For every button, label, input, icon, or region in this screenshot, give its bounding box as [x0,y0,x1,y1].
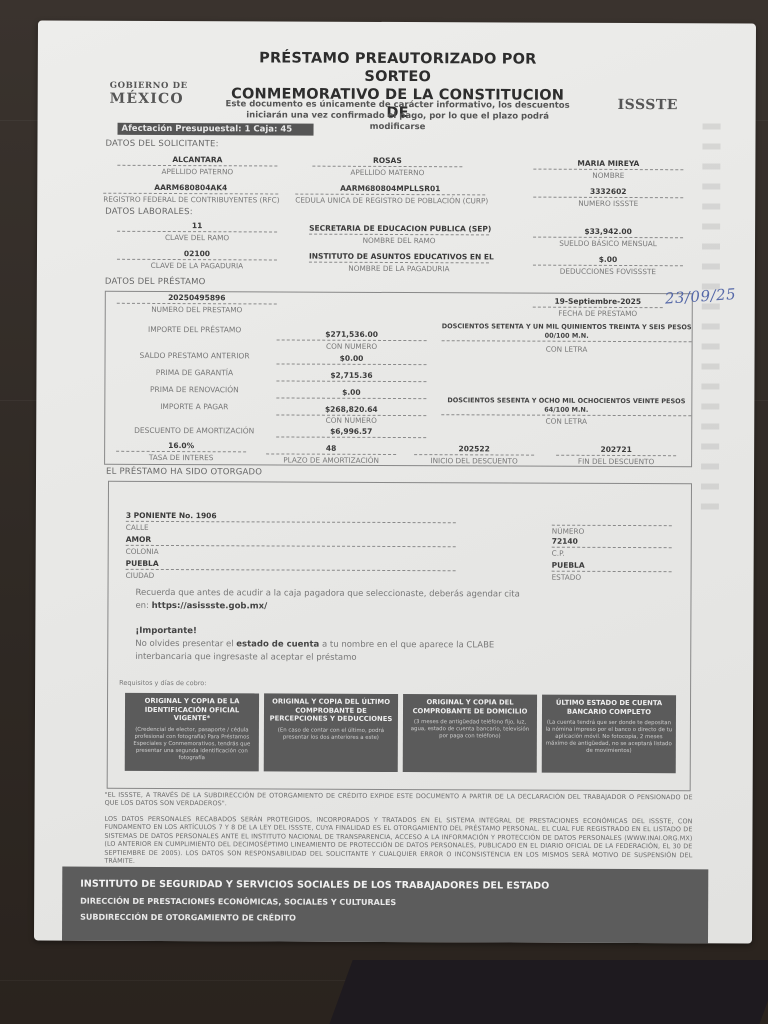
field-numero-prestamo: 20250495896 NUMERO DEL PRESTAMO [117,293,277,315]
field-nombre-ramo: SECRETARIA DE EDUCACION PUBLICA (SEP) NO… [309,224,489,246]
field-clave-pagaduria: 02100 CLAVE DE LA PAGADURIA [117,249,277,271]
label-amortizacion: DESCUENTO DE AMORTIZACIÓN [124,426,264,436]
section-otorgado: EL PRÉSTAMO HA SIDO OTORGADO [106,467,262,478]
label-importe-pagar: IMPORTE A PAGAR [124,402,264,412]
field-numero: NÚMERO [552,515,672,537]
importante-title: ¡Importante! [135,626,197,636]
requisito-card-comprobante: ORIGINAL Y COPIA DEL ÚLTIMO COMPROBANTE … [264,693,398,772]
field-deducciones: $.00 DEDUCCIONES FOVISSSTE [533,255,683,277]
requisito-card-domicilio: ORIGINAL Y COPIA DEL COMPROBANTE DE DOMI… [403,694,537,773]
gobierno-logo-big: MÉXICO [110,91,184,107]
value-importe: $271,536.00 [277,329,427,341]
label-con-numero-2: CON NUMERO [276,415,426,425]
title-line-1: PRÉSTAMO PREAUTORIZADO POR SORTEO [228,49,568,86]
field-rfc: AARM680804AK4 REGISTRO FEDERAL DE CONTRI… [103,183,278,205]
field-plazo: 48 PLAZO DE AMORTIZACIÓN [266,443,396,465]
importante-paragraph: ¡Importante! No olvides presentar el est… [135,625,545,666]
value-importe-pagar: $268,820.64 [276,404,426,416]
field-apellido-materno: ROSAS APELLIDO MATERNO [312,156,462,178]
field-cp: 72140 C.P. [552,537,672,559]
requisitos-label: Requisitos y días de cobro: [119,679,206,687]
value-garantia: $2,715.36 [276,370,426,382]
handwritten-date: 23/09/25 [664,285,736,308]
label-con-letra: CON LETRA [442,344,692,354]
recuerda-paragraph: Recuerda que antes de acudir a la caja p… [135,587,535,615]
field-calle: 3 PONIENTE No. 1906 CALLE [126,511,456,533]
field-apellido-paterno: ALCANTARA APELLIDO PATERNO [117,155,277,177]
afectacion-badge: Afectación Presupuestal: 1 Caja: 45 [118,123,314,136]
label-garantia: PRIMA DE GARANTÍA [124,368,264,378]
requisito-card-identificacion: ORIGINAL Y COPIA DE LA IDENTIFICACIÓN OF… [125,693,259,772]
importe-con-letra: DOSCIENTOS SETENTA Y UN MIL QUINIENTOS T… [442,322,692,342]
field-curp: AARM680804MPLLSR01 CEDULA UNICA DE REGIS… [295,184,485,206]
asissste-link[interactable]: https://asissste.gob.mx/ [152,601,268,612]
field-clave-ramo: 11 CLAVE DEL RAMO [117,221,277,243]
field-sueldo: $33,942.00 SUELDO BÁSICO MENSUAL [533,227,683,249]
field-inicio: 202522 INICIO DEL DESCUENTO [414,444,534,466]
field-fecha-prestamo: 19-Septiembre-2025 FECHA DE PRESTAMO [533,297,663,319]
footer-subdireccion: SUBDIRECCIÓN DE OTORGAMIENTO DE CRÉDITO [80,913,296,923]
footer-direccion: DIRECCIÓN DE PRESTACIONES ECONÓMICAS, SO… [80,897,396,907]
field-ciudad: PUEBLA CIUDAD [126,559,456,581]
gobierno-logo-small: GOBIERNO DE [110,81,188,91]
field-nombre-pagaduria: INSTITUTO DE ASUNTOS EDUCATIVOS EN EL NO… [309,252,489,274]
legal-datos-personales: LOS DATOS PERSONALES RECABADOS SERÁN PRO… [104,815,692,868]
field-nombre: MARIA MIREYA NOMBRE [533,159,683,181]
background-shadow [327,960,768,1024]
label-saldo: SALDO PRESTAMO ANTERIOR [125,351,265,361]
value-renovacion: $.00 [276,387,426,399]
field-colonia: AMOR COLONIA [126,535,456,557]
field-fin: 202721 FIN DEL DESCUENTO [556,445,676,467]
section-laborales: DATOS LABORALES: [105,207,193,217]
label-renovacion: PRIMA DE RENOVACIÓN [124,385,264,395]
footer-institute: INSTITUTO DE SEGURIDAD Y SERVICIOS SOCIA… [80,879,549,892]
legal-declaracion: "EL ISSSTE, A TRAVÉS DE LA SUBDIRECCIÓN … [105,791,693,810]
pagar-con-letra: DOSCIENTOS SESENTA Y OCHO MIL OCHOCIENTO… [441,396,691,416]
label-con-numero: CON NUMERO [277,341,427,351]
footer-band: INSTITUTO DE SEGURIDAD Y SERVICIOS SOCIA… [62,867,708,944]
loan-document: PRÉSTAMO PREAUTORIZADO POR SORTEO CONMEM… [34,20,756,943]
value-amortizacion: $6,996.57 [276,426,426,438]
field-numero-issste: 3332602 NUMERO ISSSTE [533,187,683,209]
requisito-card-estado-cuenta: ÚLTIMO ESTADO DE CUENTA BANCARIO COMPLET… [542,695,676,774]
field-estado: PUEBLA ESTADO [552,561,672,583]
stamp-mark [701,123,721,523]
section-prestamo: DATOS DEL PRÉSTAMO [105,277,206,287]
value-saldo: $0.00 [277,353,427,365]
label-importe: IMPORTE DEL PRÉSTAMO [125,325,265,335]
issste-logo: ISSSTE [618,97,678,113]
field-tasa: 16.0% TASA DE INTERES [116,441,246,463]
section-solicitante: DATOS DEL SOLICITANTE: [105,139,218,149]
label-con-letra-2: CON LETRA [441,416,691,426]
